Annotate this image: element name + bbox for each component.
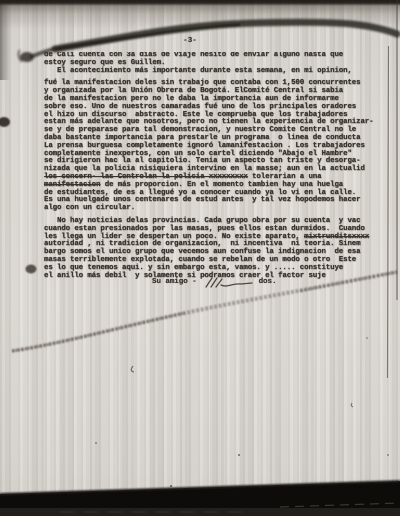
scanner-left-edge — [0, 0, 10, 80]
page-number: -3- — [168, 37, 212, 45]
stray-marks — [95, 337, 389, 487]
signature-suffix: dos. — [259, 278, 277, 286]
ink-blot — [26, 265, 37, 274]
text-line: algo con un circular. — [44, 205, 398, 213]
paper-bottom-edge — [0, 481, 400, 516]
letter-body: de Cali cuenta con 3a dias de viaje hesi… — [44, 52, 398, 280]
handwritten-signature-scribble — [203, 276, 255, 290]
scanner-top-edge — [0, 0, 400, 30]
scanned-letter-page: -3- de Cali cuenta con 3a dias de viaje … — [0, 0, 400, 516]
signature-line: Su amigo - dos. — [152, 276, 276, 288]
ink-blot-left-edge — [0, 117, 10, 127]
signature-prefix: Su amigo - — [152, 278, 197, 286]
text-line: El acontecimiento más importante durante… — [44, 68, 398, 76]
